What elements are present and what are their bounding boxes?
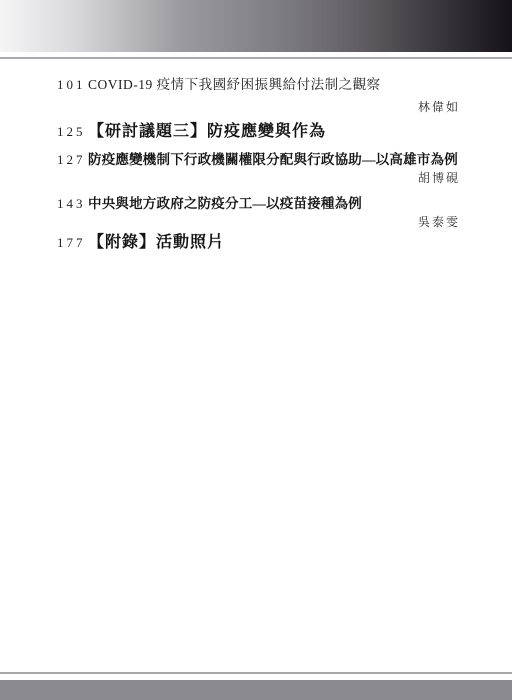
section-title: 【附錄】活動照片 xyxy=(88,231,224,255)
entry-title: COVID-19 疫情下我國紓困振興給付法制之觀察 xyxy=(88,75,381,95)
toc-section-entry: 125 【研討議題三】防疫應變與作為 xyxy=(0,120,512,144)
bottom-divider-line xyxy=(0,672,512,674)
page-number: 127 xyxy=(57,152,88,168)
top-gradient-band xyxy=(0,0,512,52)
toc-entry: 127 防疫應變機制下行政機關權限分配與行政協助—以高雄市為例 xyxy=(0,150,512,170)
page-number: 101 xyxy=(57,77,88,93)
entry-title: 中央與地方政府之防疫分工—以疫苗接種為例 xyxy=(88,194,362,214)
toc-section-entry: 177 【附錄】活動照片 xyxy=(0,231,512,255)
toc-entry: 143 中央與地方政府之防疫分工—以疫苗接種為例 xyxy=(0,194,512,214)
entry-author: 胡博硯 xyxy=(418,170,460,186)
page-number: 125 xyxy=(57,124,88,140)
toc-page: 101 COVID-19 疫情下我國紓困振興給付法制之觀察 林偉如 125 【研… xyxy=(0,0,512,700)
entry-author: 吳泰雯 xyxy=(418,214,460,230)
section-title: 【研討議題三】防疫應變與作為 xyxy=(88,120,326,144)
top-divider-line xyxy=(0,57,512,59)
page-number: 177 xyxy=(57,235,88,251)
page-number: 143 xyxy=(57,196,88,212)
entry-author: 林偉如 xyxy=(418,99,460,115)
toc-entry: 101 COVID-19 疫情下我國紓困振興給付法制之觀察 xyxy=(0,75,512,95)
entry-title: 防疫應變機制下行政機關權限分配與行政協助—以高雄市為例 xyxy=(88,150,458,170)
bottom-gray-band xyxy=(0,680,512,700)
